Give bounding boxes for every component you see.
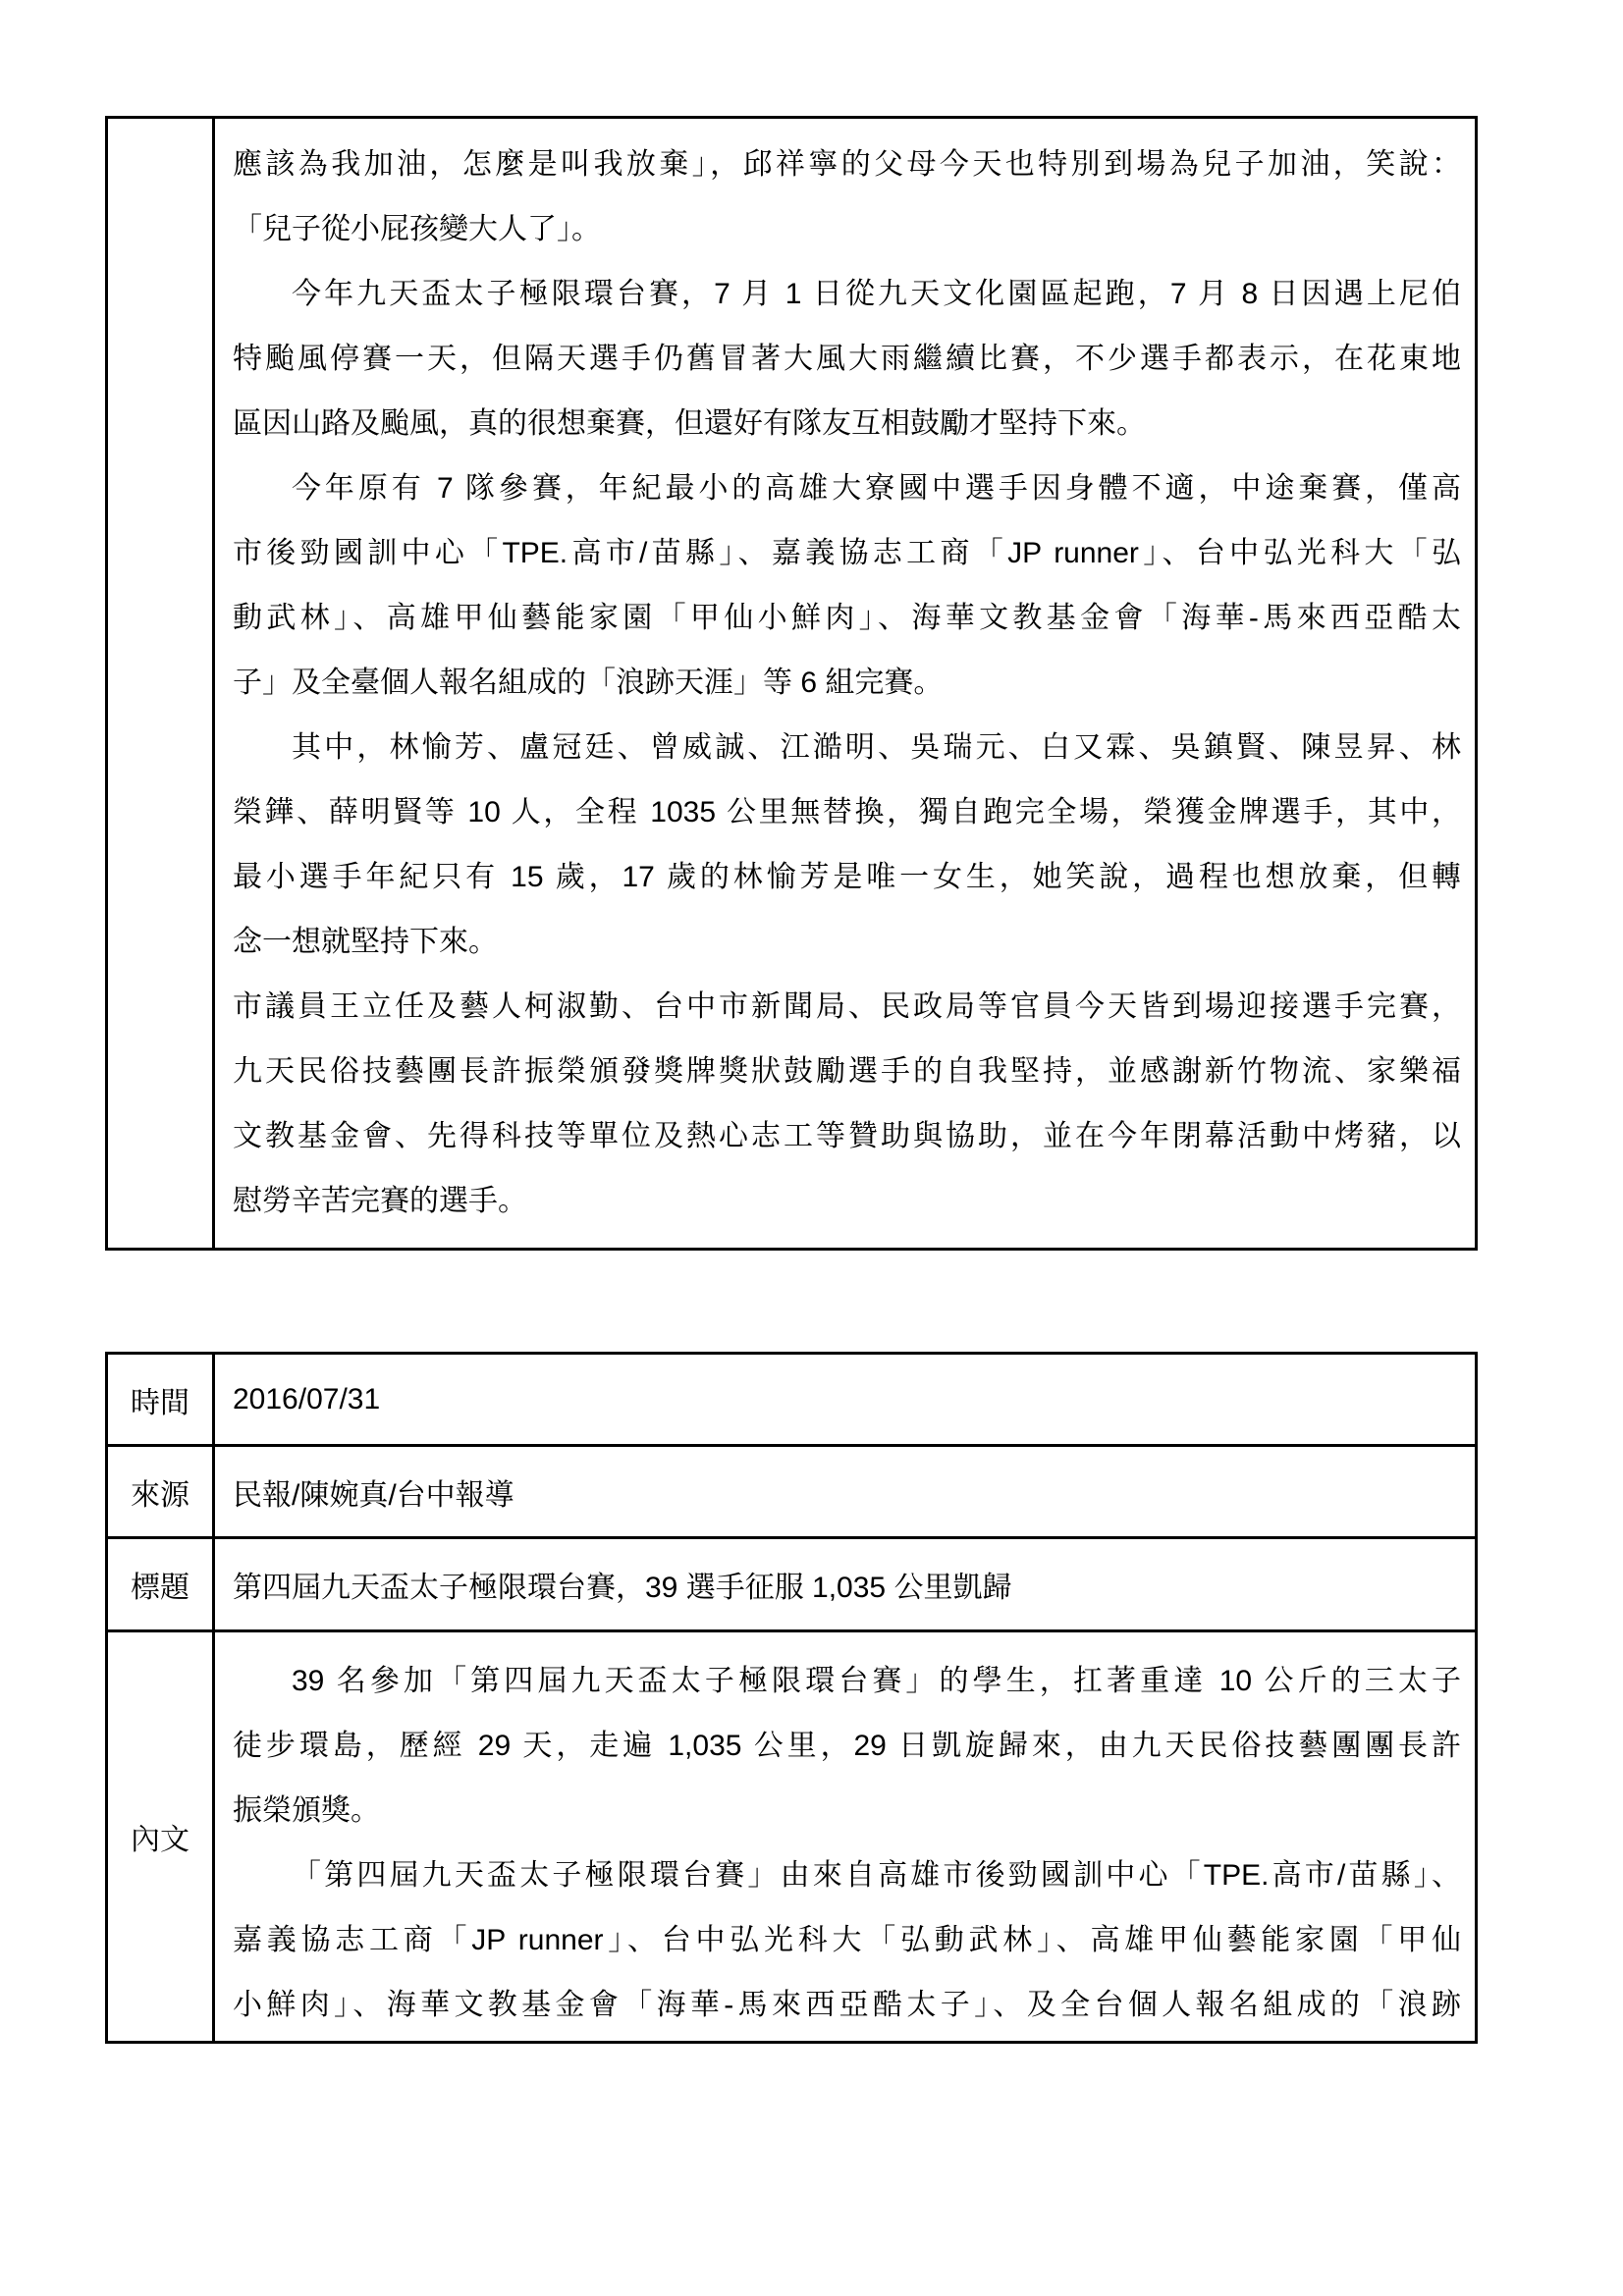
text-line: 最小選手年紀只有 15 歲，17 歲的林愉芳是唯一女生，她笑說，過程也想放棄，但… — [233, 845, 1461, 910]
text-line: 應該為我加油，怎麼是叫我放棄」，邱祥寧的父母今天也特別到場為兒子加油，笑說： — [233, 133, 1461, 197]
text-line: 今年原有 7 隊參賽，年紀最小的高雄大寮國中選手因身體不適，中途棄賽，僅高 — [233, 456, 1461, 521]
info-table: 時間 2016/07/31 來源 民報/陳婉真/台中報導 標題 第四屆九天盃太子… — [105, 1352, 1478, 2044]
text-line: 慰勞辛苦完賽的選手。 — [233, 1169, 1461, 1234]
title-row-value-cell: 第四屆九天盃太子極限環台賽，39 選手征服 1,035 公里凱歸 — [215, 1539, 1475, 1629]
text-line: 小鮮肉」、海華文教基金會「海華-馬來西亞酷太子」、及全台個人報名組成的「浪跡 — [233, 1973, 1461, 2038]
text-line: 今年九天盃太子極限環台賽，7 月 1 日從九天文化園區起跑，7 月 8 日因遇上… — [233, 262, 1461, 327]
text-line: 徒步環島，歷經 29 天，走遍 1,035 公里，29 日凱旋歸來，由九天民俗技… — [233, 1714, 1461, 1779]
text-line: 「兒子從小屁孩變大人了」。 — [233, 197, 1461, 262]
time-row-value: 2016/07/31 — [233, 1383, 380, 1416]
text-line: 特颱風停賽一天，但隔天選手仍舊冒著大風大雨繼續比賽，不少選手都表示，在花東地 — [233, 327, 1461, 392]
text-line: 39 名參加「第四屆九天盃太子極限環台賽」的學生，扛著重達 10 公斤的三太子 — [233, 1649, 1461, 1714]
content-row-label-cell: 內文 — [108, 1632, 212, 2041]
text-line: 市議員王立任及藝人柯淑勤、台中市新聞局、民政局等官員今天皆到場迎接選手完賽， — [233, 975, 1461, 1040]
continuation-empty-label-cell — [108, 119, 212, 1248]
source-row-value-cell: 民報/陳婉真/台中報導 — [215, 1447, 1475, 1536]
text-line: 動武林」、高雄甲仙藝能家園「甲仙小鮮肉」、海華文教基金會「海華-馬來西亞酷太 — [233, 586, 1461, 651]
continuation-content-cell: 應該為我加油，怎麼是叫我放棄」，邱祥寧的父母今天也特別到場為兒子加油，笑說：「兒… — [215, 119, 1475, 1248]
text-line: 其中，林愉芳、盧冠廷、曾威誠、江澔明、吳瑞元、白又霖、吳鎮賢、陳昱昇、林 — [233, 716, 1461, 780]
content-row-value-cell: 39 名參加「第四屆九天盃太子極限環台賽」的學生，扛著重達 10 公斤的三太子徒… — [215, 1632, 1475, 2041]
time-row-value-cell: 2016/07/31 — [215, 1355, 1475, 1444]
title-row-value: 第四屆九天盃太子極限環台賽，39 選手征服 1,035 公里凱歸 — [233, 1563, 1011, 1606]
text-line: 市後勁國訓中心「TPE.高市/苗縣」、嘉義協志工商「JP runner」、台中弘… — [233, 521, 1461, 586]
text-line: 「第四屆九天盃太子極限環台賽」由來自高雄市後勁國訓中心「TPE.高市/苗縣」、 — [233, 1843, 1461, 1908]
document-page: 應該為我加油，怎麼是叫我放棄」，邱祥寧的父母今天也特別到場為兒子加油，笑說：「兒… — [0, 0, 1623, 2296]
content-row-label: 內文 — [131, 1815, 189, 1858]
source-row-label: 來源 — [131, 1470, 189, 1514]
continuation-table: 應該為我加油，怎麼是叫我放棄」，邱祥寧的父母今天也特別到場為兒子加油，笑說：「兒… — [105, 116, 1478, 1251]
source-row-value: 民報/陳婉真/台中報導 — [233, 1470, 514, 1514]
text-line: 榮鏵、薛明賢等 10 人，全程 1035 公里無替換，獨自跑完全場，榮獲金牌選手… — [233, 780, 1461, 845]
text-line: 文教基金會、先得科技等單位及熱心志工等贊助與協助，並在今年閉幕活動中烤豬，以 — [233, 1104, 1461, 1169]
text-line: 嘉義協志工商「JP runner」、台中弘光科大「弘動武林」、高雄甲仙藝能家園「… — [233, 1908, 1461, 1973]
title-row-label: 標題 — [131, 1563, 189, 1606]
source-row-label-cell: 來源 — [108, 1447, 212, 1536]
title-row-label-cell: 標題 — [108, 1539, 212, 1629]
text-line: 區因山路及颱風，真的很想棄賽，但還好有隊友互相鼓勵才堅持下來。 — [233, 392, 1461, 456]
text-line: 九天民俗技藝團長許振榮頒發獎牌獎狀鼓勵選手的自我堅持，並感謝新竹物流、家樂福 — [233, 1040, 1461, 1104]
text-line: 念一想就堅持下來。 — [233, 910, 1461, 975]
text-line: 子」及全臺個人報名組成的「浪跡天涯」等 6 組完賽。 — [233, 651, 1461, 716]
time-row-label: 時間 — [131, 1378, 189, 1421]
text-line: 振榮頒獎。 — [233, 1779, 1461, 1843]
time-row-label-cell: 時間 — [108, 1355, 212, 1444]
